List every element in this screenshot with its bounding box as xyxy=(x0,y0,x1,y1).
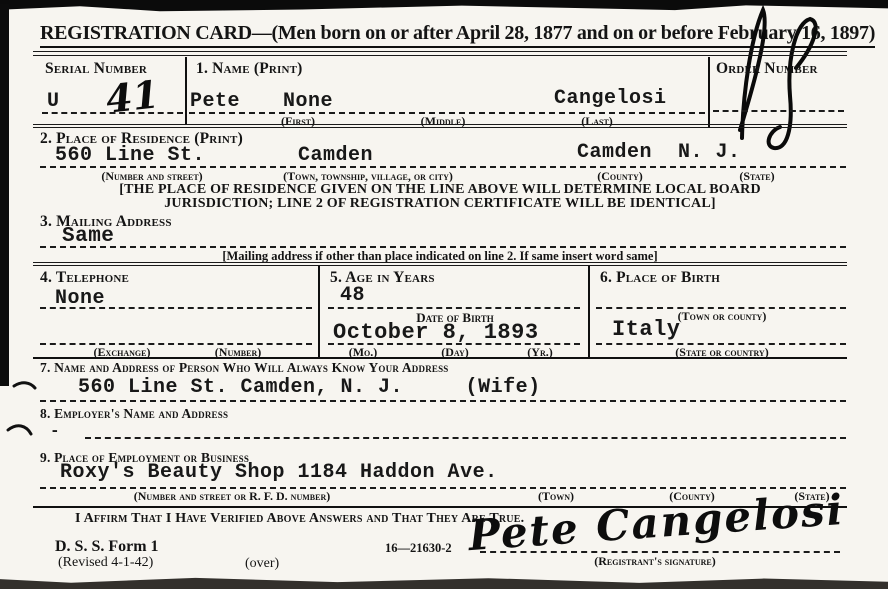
contact-label: 7. Name and Address of Person Who Will A… xyxy=(40,360,449,376)
registration-card-scan: REGISTRATION CARD—(Men born on or after … xyxy=(0,0,888,589)
form-name: D. S. S. Form 1 xyxy=(55,538,159,556)
affirmation-text: I Affirm That I Have Verified Above Answ… xyxy=(75,511,524,527)
residence-state-value: N. J. xyxy=(678,141,741,164)
rule xyxy=(33,265,847,266)
registrant-signature: Pete Cangelosi xyxy=(467,485,846,560)
divider xyxy=(185,57,187,124)
employment-value: Roxy's Beauty Shop 1184 Haddon Ave. xyxy=(60,461,498,484)
middle-name-value: None xyxy=(283,90,333,113)
month-caption: (Mo.) xyxy=(349,345,378,360)
serial-fill-line xyxy=(42,112,183,114)
rule xyxy=(33,51,847,52)
jurisdiction-notice-line2: JURISDICTION; LINE 2 OF REGISTRATION CER… xyxy=(33,196,847,212)
telephone-fill-line2 xyxy=(40,343,312,345)
mailing-fill-line xyxy=(40,246,846,248)
telephone-label: 4. Telephone xyxy=(40,269,129,287)
mailing-value: Same xyxy=(62,225,114,248)
year-caption: (Yr.) xyxy=(527,345,552,360)
divider xyxy=(708,57,710,128)
rule xyxy=(33,124,847,125)
telephone-fill-line xyxy=(40,307,312,309)
scan-bottom-edge xyxy=(0,571,888,589)
divider xyxy=(318,266,320,357)
birth-label: 6. Place of Birth xyxy=(600,269,720,287)
scan-left-edge xyxy=(0,4,9,386)
date-of-birth-value: October 8, 1893 xyxy=(333,320,539,345)
employment-street-caption: (Number and street or R. F. D. number) xyxy=(134,489,330,504)
number-caption: (Number) xyxy=(215,345,261,360)
registrant-signature-caption: (Registrant's signature) xyxy=(594,554,716,569)
form-revision: (Revised 4-1-42) xyxy=(58,555,153,571)
serial-prefix-value: U xyxy=(47,90,60,113)
order-fill-line xyxy=(713,110,844,112)
last-name-value: Cangelosi xyxy=(554,87,667,110)
employer-fill-line xyxy=(85,437,846,439)
age-fill-line xyxy=(328,307,580,309)
print-code: 16—21630-2 xyxy=(385,541,452,556)
rule xyxy=(33,262,847,263)
rule xyxy=(33,55,847,56)
residence-fill-line xyxy=(40,166,846,168)
handwritten-mark xyxy=(690,0,850,160)
age-value: 48 xyxy=(340,284,365,307)
employment-town-caption: (Town) xyxy=(538,489,574,504)
employer-value: - xyxy=(50,422,60,440)
day-caption: (Day) xyxy=(441,345,468,360)
contact-fill-line xyxy=(40,400,846,402)
order-number-label: Order Number xyxy=(716,60,818,78)
first-name-value: Pete xyxy=(190,90,240,113)
birth-value: Italy xyxy=(612,317,681,342)
over-note: (over) xyxy=(245,556,279,572)
name-label: 1. Name (Print) xyxy=(196,60,303,78)
residence-county-value: Camden xyxy=(577,141,652,164)
divider xyxy=(588,266,590,357)
residence-street-value: 560 Line St. xyxy=(55,144,205,167)
birth-town-caption: (Town or county) xyxy=(678,309,767,324)
rule xyxy=(33,127,847,128)
exchange-caption: (Exchange) xyxy=(94,345,151,360)
card-title-main: REGISTRATION CARD xyxy=(40,22,252,44)
birth-state-caption: (State or country) xyxy=(675,345,768,360)
residence-town-value: Camden xyxy=(298,144,373,167)
employer-label: 8. Employer's Name and Address xyxy=(40,406,228,422)
contact-value: 560 Line St. Camden, N. J. (Wife) xyxy=(78,376,541,399)
serial-number-value: 41 xyxy=(104,71,161,121)
